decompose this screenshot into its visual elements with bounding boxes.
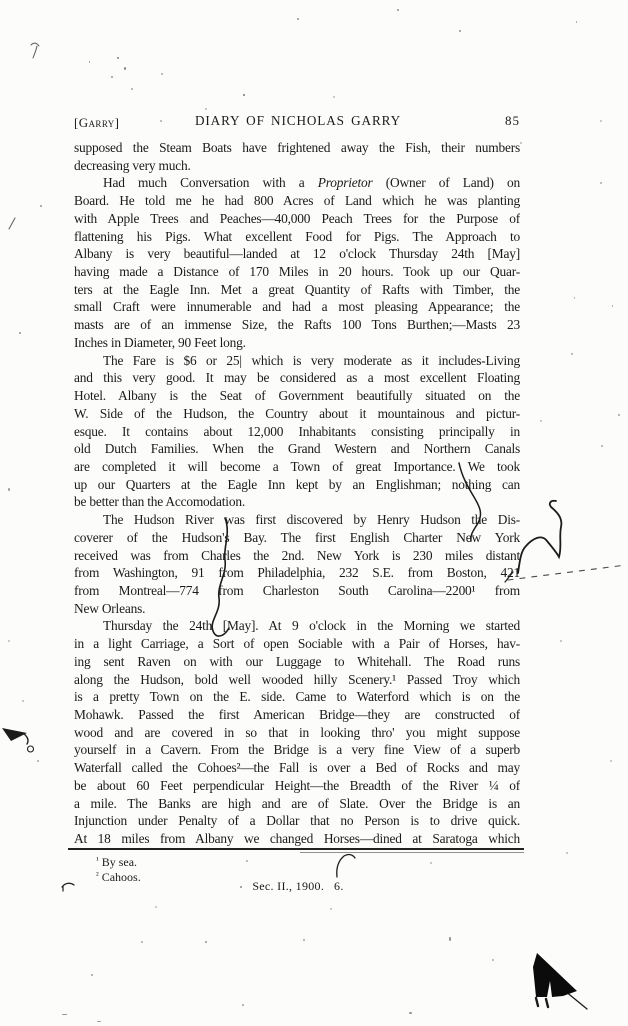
- text-line: received was from Charles the 2nd. New Y…: [74, 547, 520, 565]
- scan-speck: [571, 353, 573, 355]
- text-line: a mile. The Banks are high and are of Sl…: [74, 795, 520, 813]
- scan-speck: [124, 67, 126, 70]
- scan-speck: [131, 88, 133, 90]
- scan-speck: [243, 94, 245, 96]
- scan-speck: [205, 941, 207, 943]
- text-line: esque. It contains about 12,000 Inhabita…: [74, 423, 520, 441]
- scan-speck: [600, 120, 602, 122]
- scan-speck: [576, 21, 577, 23]
- scan-speck: [205, 108, 207, 110]
- scan-speck: [409, 1012, 412, 1014]
- text-line: decreasing very much.: [74, 157, 520, 175]
- text-line: be about 60 Feet perpendicular Height—th…: [74, 777, 520, 795]
- footnote-rule-double: [300, 852, 524, 853]
- text-line: having made a Distance of 170 Miles in 2…: [74, 263, 520, 281]
- page-header: [Garry] DIARY OF NICHOLAS GARRY 85: [74, 113, 522, 131]
- footnote-1-marker: ¹: [96, 855, 99, 865]
- text-line: Waterfall called the Cohoes²—the Fall is…: [74, 759, 520, 777]
- scan-speck: [333, 96, 335, 98]
- scan-speck: [62, 1014, 67, 1015]
- scan-speck: [430, 862, 432, 864]
- scan-speck: [566, 852, 568, 854]
- footnote-1-text: By sea.: [102, 855, 137, 869]
- scan-speck: [246, 860, 248, 862]
- text-line: yourself in a Cavern. From the Bridge is…: [74, 741, 520, 759]
- scan-speck: [574, 297, 575, 299]
- text-line: supposed the Steam Boats have frightened…: [74, 139, 520, 157]
- text-line: small Craft were innumerable and had a m…: [74, 298, 520, 316]
- text-line: Injunction under Penalty of a Dollar tha…: [74, 812, 520, 830]
- text-line: Hotel. Albany is the Seat of Government …: [74, 387, 520, 405]
- scan-speck: [155, 906, 157, 908]
- text-line: Board. He told me he had 800 Acres of La…: [74, 192, 520, 210]
- text-line: along the Hudson, bold well wooded hilly…: [74, 671, 520, 689]
- text-line: ing sent Raven on with our Luggage to Wh…: [74, 653, 520, 671]
- text-line: ters at the Eagle Inn. Met a great Quant…: [74, 281, 520, 299]
- scan-speck: [22, 700, 24, 702]
- scan-speck: [117, 57, 119, 59]
- scan-speck: [89, 61, 90, 63]
- scan-speck: [297, 18, 299, 20]
- text-line: Mohawk. Passed the first American Bridge…: [74, 706, 520, 724]
- text-line: Had much Conversation with a Proprietor …: [74, 174, 520, 192]
- text-line: and this very good. It may be considered…: [74, 369, 520, 387]
- scan-speck: [520, 142, 522, 144]
- scan-speck: [560, 640, 562, 642]
- text-line: New Orleans.: [74, 600, 520, 618]
- running-header-title: DIARY OF NICHOLAS GARRY: [74, 113, 522, 129]
- scan-speck: [19, 332, 21, 334]
- text-line: masts are of an immense Size, the Rafts …: [74, 316, 520, 334]
- scan-speck: [40, 205, 42, 207]
- scan-speck: [97, 1021, 101, 1022]
- body-text: supposed the Steam Boats have frightened…: [74, 139, 520, 848]
- footnotes: ¹By sea. ²Cahoos.: [96, 853, 141, 882]
- scan-speck: [330, 908, 332, 910]
- scan-speck: [610, 760, 612, 762]
- scan-speck: [459, 30, 461, 32]
- text-line: be better than the Accomodation.: [74, 493, 520, 511]
- text-line: from Montreal—774 from Charleston South …: [74, 582, 520, 600]
- scan-speck: [303, 939, 305, 941]
- footnote-2-marker: ²: [96, 870, 99, 880]
- text-line: in a light Carriage, a Sort of open Soci…: [74, 635, 520, 653]
- text-line: are completed it will become a Town of g…: [74, 458, 520, 476]
- text-line: At 18 miles from Albany we changed Horse…: [74, 830, 520, 848]
- scan-speck: [141, 941, 143, 943]
- scan-speck: [37, 760, 39, 762]
- text-line: Albany is very beautiful—landed at 12 o'…: [74, 245, 520, 263]
- page-number: 85: [505, 113, 520, 129]
- scan-speck: [601, 445, 603, 447]
- scan-speck: [612, 305, 613, 307]
- text-line: with Apple Trees and Peaches—40,000 Peac…: [74, 210, 520, 228]
- signature-line: Sec. II., 1900. 6.: [74, 879, 522, 894]
- footnote-rule: [68, 848, 524, 850]
- text-line: from Washington, 91 from Philadelphia, 2…: [74, 564, 520, 582]
- scan-speck: [91, 974, 93, 976]
- scan-speck: [618, 414, 620, 416]
- text-line: Inches in Diameter, 90 Feet long.: [74, 334, 520, 352]
- scan-speck: [397, 9, 399, 11]
- text-line: The Fare is $6 or 25| which is very mode…: [74, 352, 520, 370]
- text-line: up our Quarters at the Eagle Inn kept by…: [74, 476, 520, 494]
- scan-speck: [242, 1004, 244, 1006]
- scan-speck: [540, 420, 542, 422]
- text-line: flattening his Pigs. What excellent Food…: [74, 228, 520, 246]
- footnote-1: ¹By sea.: [96, 853, 141, 868]
- text-line: old Dutch Families. When the Grand Weste…: [74, 440, 520, 458]
- text-line: The Hudson River was first discovered by…: [74, 511, 520, 529]
- scan-speck: [161, 73, 163, 75]
- scan-speck: [449, 937, 451, 941]
- scan-speck: [492, 959, 494, 961]
- scan-speck: [8, 488, 10, 491]
- text-line: coverer of the Hudson's Bay. The first E…: [74, 529, 520, 547]
- text-line: W. Side of the Hudson, the Country about…: [74, 405, 520, 423]
- scan-speck: [600, 182, 602, 184]
- scanned-book-page: [Garry] DIARY OF NICHOLAS GARRY 85 suppo…: [0, 0, 628, 1026]
- scan-speck: [111, 76, 113, 78]
- running-header-tag: [Garry]: [74, 115, 119, 131]
- text-line: is a pretty Town on the E. side. Came to…: [74, 688, 520, 706]
- text-line: wood and are covered in so that in looki…: [74, 724, 520, 742]
- text-line: Thursday the 24th [May]. At 9 o'clock in…: [74, 617, 520, 635]
- scan-speck: [8, 640, 10, 642]
